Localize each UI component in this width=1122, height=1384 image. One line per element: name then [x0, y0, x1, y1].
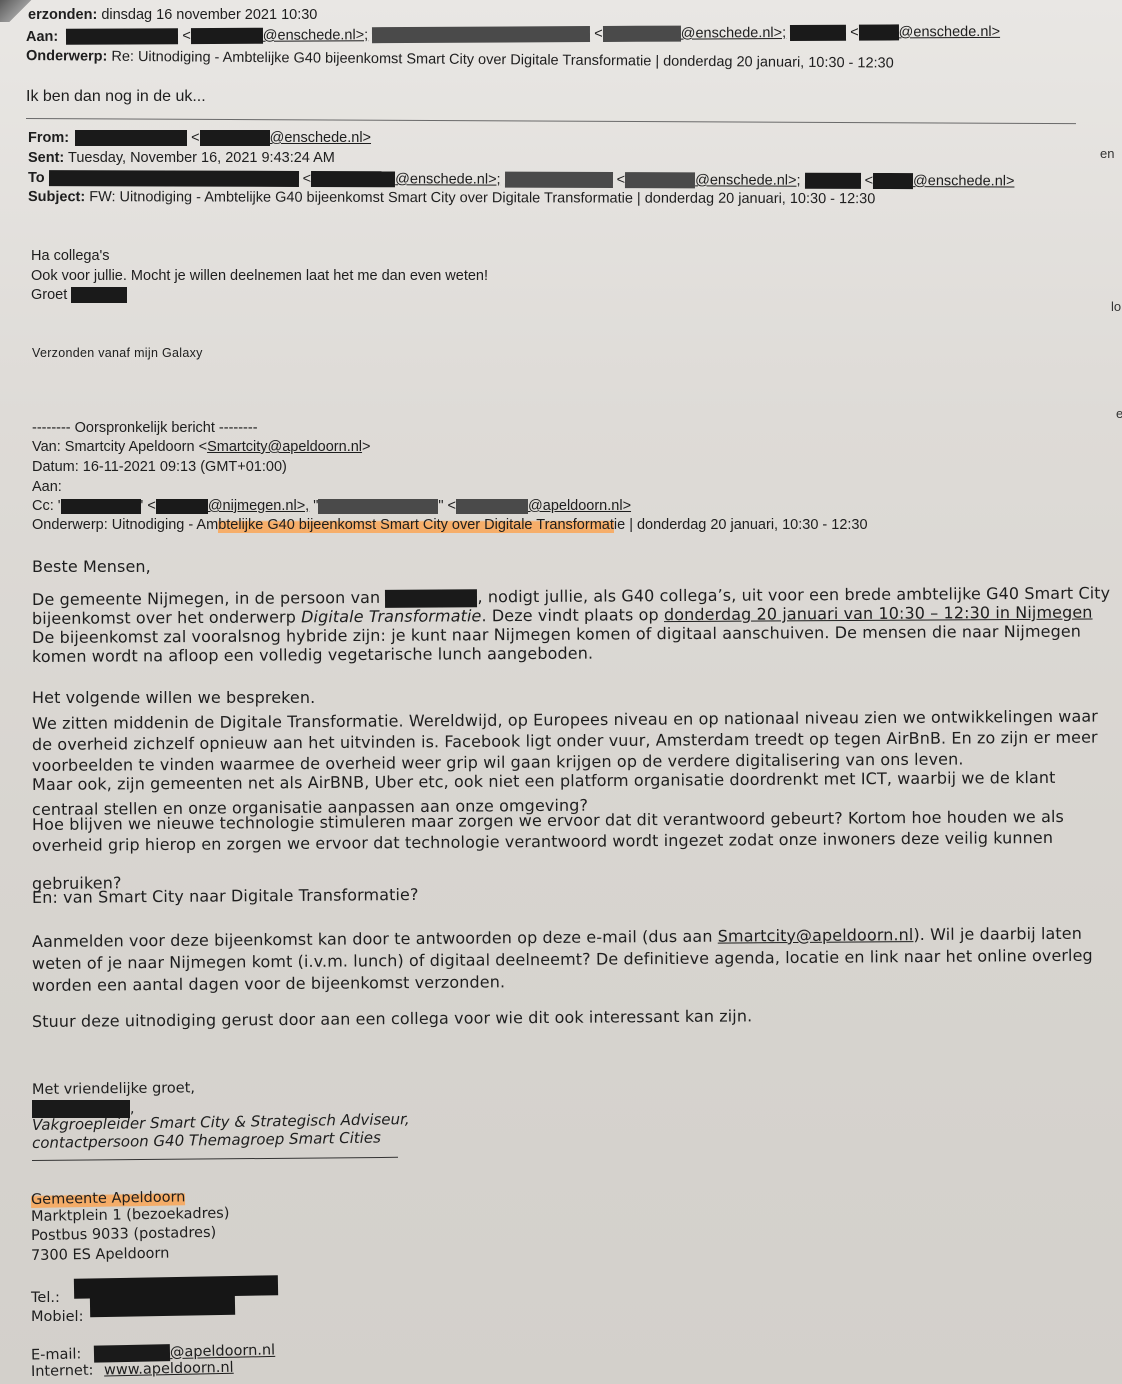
reply-to-email-2[interactable]: @enschede.nl>; [681, 25, 787, 42]
fw-sent-row: Sent: Tuesday, November 16, 2021 9:43:24… [28, 150, 335, 166]
fw-sign-row: Groet [31, 287, 127, 303]
highlighted-subject-text: btelijke G40 bijeenkomst Smart City over… [218, 517, 614, 533]
signature-internet-row: Internet: www.apeldoorn.nl [31, 1360, 234, 1380]
fw-from-label: From: [28, 130, 69, 146]
reply-sent-value: dinsdag 16 november 2021 10:30 [101, 7, 317, 23]
p4-text: Aanmelden voor deze bijeenkomst kan door… [32, 927, 718, 951]
signature-org: Gemeente Apeldoorn [31, 1189, 186, 1208]
fw-to-email-3[interactable]: @enschede.nl> [913, 173, 1014, 189]
signature-rule [32, 1157, 398, 1161]
fw-to-label: To [28, 170, 45, 186]
original-from-row: Van: Smartcity Apeldoorn <Smartcity@apel… [32, 439, 371, 455]
redacted-mobile [90, 1293, 235, 1318]
reply-body: Ik ben dan nog in de uk... [26, 88, 206, 106]
original-from-name: Smartcity Apeldoorn [65, 439, 195, 455]
redacted-name [71, 287, 127, 303]
fw-subject-label: Subject: [28, 189, 85, 205]
redacted-name [49, 170, 299, 187]
fw-device-signature: Verzonden vanaf mijn Galaxy [32, 346, 203, 360]
letter-p5: Stuur deze uitnodiging gerust door aan e… [32, 1006, 752, 1031]
reply-to-email-1[interactable]: @enschede.nl>; [263, 27, 369, 44]
separator-line [26, 118, 1076, 124]
redacted-email [156, 499, 208, 514]
original-subject-post: ie | donderdag 20 januari, 10:30 - 12:30 [614, 517, 868, 533]
margin-fragment: e [1116, 406, 1122, 421]
redacted-name [75, 130, 187, 146]
p1-text: De gemeente Nijmegen, in de persoon van [32, 588, 380, 609]
letter-closing: Met vriendelijke groet, [32, 1080, 195, 1098]
signature-tel-label: Tel.: [31, 1290, 60, 1306]
original-separator: -------- Oorspronkelijk bericht -------- [32, 420, 258, 436]
fw-subject-value: FW: Uitnodiging - Ambtelijke G40 bijeenk… [89, 189, 875, 207]
reply-to-label: Aan: [26, 29, 58, 45]
redacted-email [873, 173, 913, 189]
redacted-name [505, 172, 613, 188]
original-cc-email-1[interactable]: @nijmegen.nl>, [208, 498, 309, 514]
event-date-location: donderdag 20 januari van 10:30 – 12:30 i… [664, 603, 1093, 625]
redacted-email [625, 172, 695, 188]
redacted-name [790, 25, 846, 41]
redacted-email [311, 171, 395, 187]
fw-sign: Groet [31, 287, 67, 303]
original-subject-pre: Uitnodiging - Am [112, 517, 218, 533]
signature-address-2: Postbus 9033 (postadres) [31, 1225, 217, 1244]
reply-sent-row: erzonden: dinsdag 16 november 2021 10:30 [28, 7, 317, 23]
original-cc-email-2[interactable]: @apeldoorn.nl> [528, 498, 631, 514]
redacted-email [456, 499, 528, 514]
reply-to-row: Aan: <@enschede.nl>; <@enschede.nl>; <@e… [26, 24, 1000, 45]
fw-from-row: From: <@enschede.nl> [28, 130, 371, 146]
fw-sent-label: Sent: [28, 150, 64, 166]
fw-to-row: To <@enschede.nl>; <@enschede.nl>; <@ens… [28, 170, 1015, 190]
original-from-email[interactable]: Smartcity@apeldoorn.nl [207, 439, 362, 455]
signup-email-link[interactable]: Smartcity@apeldoorn.nl [718, 925, 914, 946]
letter-salutation: Beste Mensen, [32, 557, 151, 576]
redacted-email [859, 25, 899, 41]
signature-mobile-label: Mobiel: [31, 1309, 83, 1325]
signature-website-link[interactable]: www.apeldoorn.nl [104, 1360, 234, 1379]
redacted-name [61, 499, 141, 514]
fw-greeting: Ha collega's [31, 248, 110, 264]
reply-subject-label: Onderwerp: [26, 48, 108, 65]
original-subject-row: Onderwerp: Uitnodiging - Ambtelijke G40 … [32, 517, 868, 533]
p1-italic-topic: Digitale Transformatie [301, 606, 481, 626]
letter-p2: Het volgende willen we bespreken. [32, 688, 315, 707]
original-from-label: Van: [32, 439, 61, 455]
redacted-name [805, 173, 861, 189]
redacted-email [603, 26, 681, 42]
margin-fragment: lo [1111, 299, 1121, 314]
fw-to-email-2[interactable]: @enschede.nl>; [695, 172, 800, 188]
reply-sent-label: erzonden: [28, 7, 97, 23]
original-date-row: Datum: 16-11-2021 09:13 (GMT+01:00) [32, 459, 287, 475]
p1-text: . Deze vindt plaats op [481, 605, 664, 625]
fw-subject-row: Subject: FW: Uitnodiging - Ambtelijke G4… [28, 189, 875, 207]
original-cc-label: Cc: [32, 498, 54, 514]
highlighted-org-name: Gemeente Apeldoorn [31, 1189, 186, 1208]
letter-p4-line2: weten of je naar Nijmegen komt (i.v.m. l… [32, 946, 1093, 973]
redacted-name [318, 499, 438, 514]
original-to-label: Aan: [32, 479, 62, 495]
signature-address-3: 7300 ES Apeldoorn [31, 1246, 170, 1264]
redacted-name [372, 26, 590, 43]
p1-text: bijeenkomst over het onderwerp [32, 607, 301, 628]
redacted-email [191, 28, 263, 44]
margin-fragment: en [1100, 146, 1114, 161]
fw-sent-value: Tuesday, November 16, 2021 9:43:24 AM [68, 150, 335, 166]
redacted-name [385, 589, 477, 608]
p4-text: ). Wil je daarbij laten [913, 924, 1082, 944]
letter-p4-line3: worden een aantal dagen voor de bijeenko… [32, 972, 505, 995]
printed-email-page: erzonden: dinsdag 16 november 2021 10:30… [0, 0, 1122, 1384]
reply-subject-row: Onderwerp: Re: Uitnodiging - Ambtelijke … [26, 48, 894, 72]
original-date-label: Datum: [32, 459, 79, 475]
redacted-email [94, 1344, 170, 1363]
original-date-value: 16-11-2021 09:13 (GMT+01:00) [83, 459, 287, 475]
reply-subject-value: Re: Uitnodiging - Ambtelijke G40 bijeenk… [111, 49, 893, 72]
redacted-name [66, 28, 178, 45]
signature-address-1: Marktplein 1 (bezoekadres) [31, 1206, 230, 1225]
letter-p1-line4: komen wordt na afloop een volledig veget… [32, 644, 593, 666]
redacted-email [200, 130, 270, 146]
letter-p3-line: En: van Smart City naar Digitale Transfo… [32, 885, 419, 907]
signature-email-label: E-mail: [31, 1346, 82, 1363]
signature-internet-label: Internet: [31, 1363, 94, 1380]
fw-to-email-1[interactable]: @enschede.nl>; [395, 171, 500, 187]
fw-from-email[interactable]: @enschede.nl> [270, 130, 371, 146]
original-subject-label: Onderwerp: [32, 517, 108, 533]
original-cc-row: Cc: '' <@nijmegen.nl>, "" <@apeldoorn.nl… [32, 498, 631, 514]
fw-message: Ook voor jullie. Mocht je willen deelnem… [31, 268, 488, 284]
signature-email[interactable]: @apeldoorn.nl [170, 1342, 276, 1360]
reply-to-email-3[interactable]: @enschede.nl> [899, 24, 1000, 41]
